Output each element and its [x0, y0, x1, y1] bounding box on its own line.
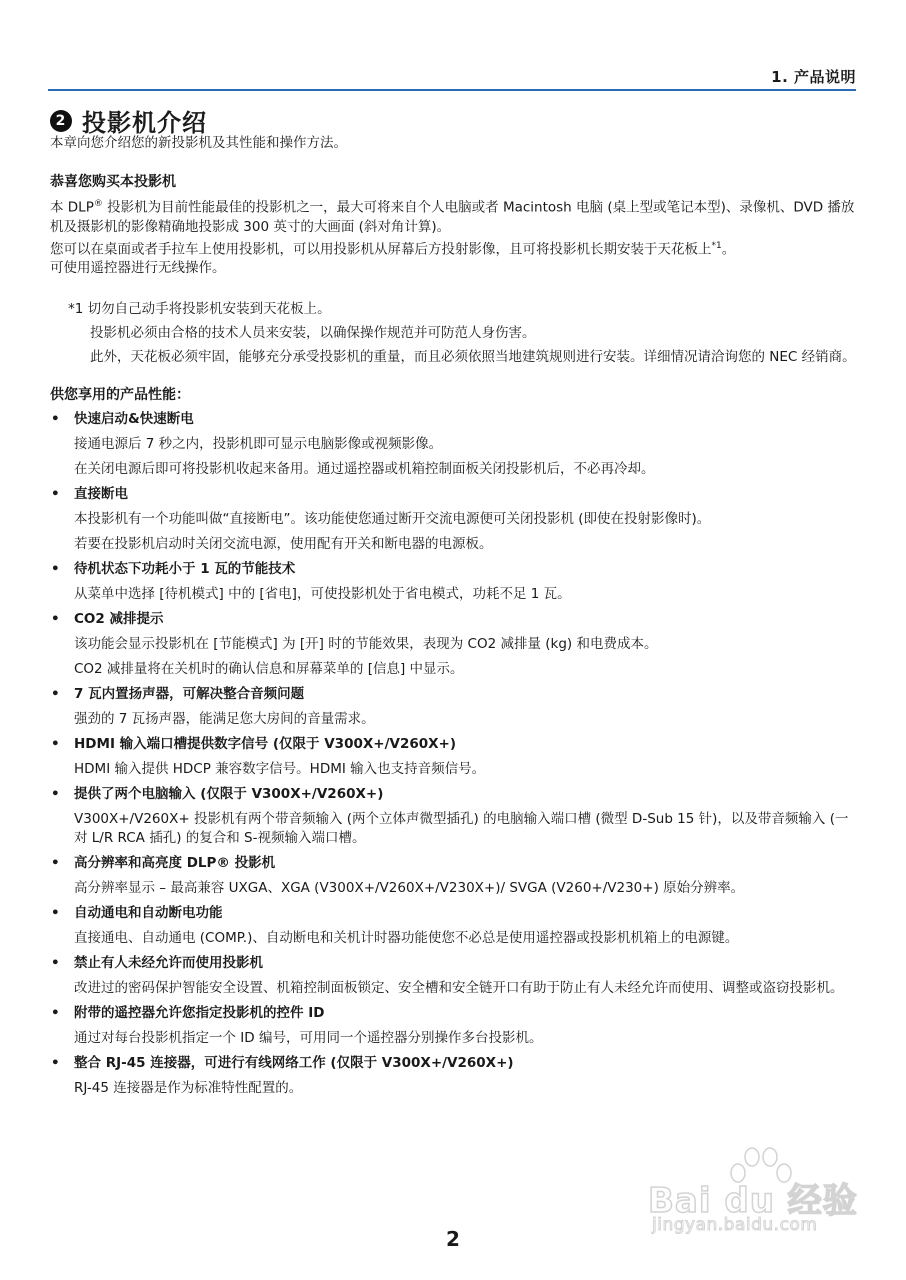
feature-item: • 直接断电 本投影机有一个功能叫做“直接断电”。该功能使您通过断开交流电源便可… — [50, 485, 860, 554]
page-title-text: 投影机介绍 — [82, 103, 207, 138]
feature-desc: 在关闭电源后即可将投影机收起来备用。通过遥控器或机箱控制面板关闭投影机后，不必再… — [74, 460, 860, 479]
bullet-icon: • — [51, 735, 60, 754]
feature-item: • 高分辨率和高亮度 DLP® 投影机 高分辨率显示 – 最高兼容 UXGA、X… — [50, 854, 860, 898]
feature-item: • 禁止有人未经允许而使用投影机 改进过的密码保护智能安全设置、机箱控制面板锁定… — [50, 954, 860, 998]
feature-title: 整合 RJ-45 连接器，可进行有线网络工作 (仅限于 V300X+/V260X… — [74, 1054, 860, 1073]
footnote-line: 投影机必须由合格的技术人员来安装，以确保操作规范并可防范人身伤害。 — [68, 324, 860, 343]
text-run: 本 DLP — [50, 200, 94, 216]
feature-item: • 提供了两个电脑输入 (仅限于 V300X+/V260X+) V300X+/V… — [50, 785, 860, 848]
bullet-icon: • — [51, 485, 60, 504]
feature-title: 7 瓦内置扬声器，可解决整合音频问题 — [74, 685, 860, 704]
congrats-section: 恭喜您购买本投影机 本 DLP® 投影机为目前性能最佳的投影机之一，最大可将来自… — [50, 173, 860, 278]
feature-desc: 该功能会显示投影机在 [节能模式] 为 [开] 时的节能效果，表现为 CO2 减… — [74, 635, 860, 654]
text-run: 。 — [722, 241, 736, 257]
congrats-paragraph-2: 您可以在桌面或者手拉车上使用投影机，可以用投影机从屏幕后方投射影像，且可将投影机… — [50, 237, 860, 260]
features-title: 供您享用的产品性能： — [50, 386, 860, 405]
footnote-line: *1 切勿自己动手将投影机安装到天花板上。 — [68, 300, 860, 319]
footnote: *1 切勿自己动手将投影机安装到天花板上。 投影机必须由合格的技术人员来安装，以… — [68, 300, 860, 367]
bullet-icon: • — [51, 685, 60, 704]
feature-desc: 从菜单中选择 [待机模式] 中的 [省电]，可使投影机处于省电模式，功耗不足 1… — [74, 585, 860, 604]
chapter-header: 1. 产品说明 — [771, 66, 856, 87]
congrats-title: 恭喜您购买本投影机 — [50, 173, 860, 192]
feature-desc: 若要在投影机启动时关闭交流电源，使用配有开关和断电器的电源板。 — [74, 535, 860, 554]
feature-title: 自动通电和自动断电功能 — [74, 904, 860, 923]
bullet-icon: • — [51, 560, 60, 579]
bullet-icon: • — [51, 1004, 60, 1023]
page-number: 2 — [0, 1227, 906, 1251]
feature-desc: V300X+/V260X+ 投影机有两个带音频输入 (两个立体声微型插孔) 的电… — [74, 810, 860, 848]
feature-title: HDMI 输入端口槽提供数字信号 (仅限于 V300X+/V260X+) — [74, 735, 860, 754]
bullet-icon: • — [51, 610, 60, 629]
feature-title: 快速启动&快速断电 — [74, 410, 860, 429]
feature-item: • 整合 RJ-45 连接器，可进行有线网络工作 (仅限于 V300X+/V26… — [50, 1054, 860, 1098]
feature-item: • 自动通电和自动断电功能 直接通电、自动通电 (COMP.)、自动断电和关机计… — [50, 904, 860, 948]
feature-desc: 接通电源后 7 秒之内，投影机即可显示电脑影像或视频影像。 — [74, 435, 860, 454]
feature-title: 直接断电 — [74, 485, 860, 504]
feature-item: • 7 瓦内置扬声器，可解决整合音频问题 强劲的 7 瓦扬声器，能满足您大房间的… — [50, 685, 860, 729]
feature-desc: HDMI 输入提供 HDCP 兼容数字信号。HDMI 输入也支持音频信号。 — [74, 760, 860, 779]
feature-desc: 强劲的 7 瓦扬声器，能满足您大房间的音量需求。 — [74, 710, 860, 729]
feature-desc: 改进过的密码保护智能安全设置、机箱控制面板锁定、安全槽和安全链开口有助于防止有人… — [74, 979, 860, 998]
feature-desc: CO2 减排量将在关机时的确认信息和屏幕菜单的 [信息] 中显示。 — [74, 660, 860, 679]
feature-item: • 附带的遥控器允许您指定投影机的控件 ID 通过对每台投影机指定一个 ID 编… — [50, 1004, 860, 1048]
footnote-ref: *1 — [712, 241, 722, 251]
text-run: 投影机为目前性能最佳的投影机之一，最大可将来自个人电脑或者 Macintosh … — [50, 200, 854, 235]
bullet-icon: • — [51, 854, 60, 873]
page-title: 2 投影机介绍 — [50, 103, 207, 138]
feature-desc: 本投影机有一个功能叫做“直接断电”。该功能使您通过断开交流电源便可关闭投影机 (… — [74, 510, 860, 529]
feature-list: • 快速启动&快速断电 接通电源后 7 秒之内，投影机即可显示电脑影像或视频影像… — [50, 410, 860, 1098]
text-run: 您可以在桌面或者手拉车上使用投影机，可以用投影机从屏幕后方投射影像，且可将投影机… — [50, 241, 712, 257]
header-divider — [48, 89, 856, 91]
congrats-paragraph-1: 本 DLP® 投影机为目前性能最佳的投影机之一，最大可将来自个人电脑或者 Mac… — [50, 195, 860, 237]
registered-mark: ® — [94, 199, 103, 209]
footnote-line: 此外，天花板必须牢固，能够充分承受投影机的重量，而且必须依照当地建筑规则进行安装… — [68, 348, 860, 367]
feature-item: • HDMI 输入端口槽提供数字信号 (仅限于 V300X+/V260X+) H… — [50, 735, 860, 779]
document-body: 本章向您介绍您的新投影机及其性能和操作方法。 恭喜您购买本投影机 本 DLP® … — [50, 134, 860, 1104]
feature-desc: 高分辨率显示 – 最高兼容 UXGA、XGA (V300X+/V260X+/V2… — [74, 879, 860, 898]
feature-title: 高分辨率和高亮度 DLP® 投影机 — [74, 854, 860, 873]
feature-title: 待机状态下功耗小于 1 瓦的节能技术 — [74, 560, 860, 579]
feature-item: • 待机状态下功耗小于 1 瓦的节能技术 从菜单中选择 [待机模式] 中的 [省… — [50, 560, 860, 604]
bullet-icon: • — [51, 1054, 60, 1073]
section-number-icon: 2 — [50, 110, 72, 132]
feature-title: 提供了两个电脑输入 (仅限于 V300X+/V260X+) — [74, 785, 860, 804]
congrats-paragraph-3: 可使用遥控器进行无线操作。 — [50, 259, 860, 278]
feature-title: 禁止有人未经允许而使用投影机 — [74, 954, 860, 973]
feature-item: • CO2 减排提示 该功能会显示投影机在 [节能模式] 为 [开] 时的节能效… — [50, 610, 860, 679]
feature-item: • 快速启动&快速断电 接通电源后 7 秒之内，投影机即可显示电脑影像或视频影像… — [50, 410, 860, 479]
feature-desc: 直接通电、自动通电 (COMP.)、自动断电和关机计时器功能使您不必总是使用遥控… — [74, 929, 860, 948]
feature-desc: RJ-45 连接器是作为标准特性配置的。 — [74, 1079, 860, 1098]
bullet-icon: • — [51, 904, 60, 923]
bullet-icon: • — [51, 954, 60, 973]
bullet-icon: • — [51, 410, 60, 429]
bullet-icon: • — [51, 785, 60, 804]
feature-desc: 通过对每台投影机指定一个 ID 编号，可用同一个遥控器分别操作多台投影机。 — [74, 1029, 860, 1048]
feature-title: 附带的遥控器允许您指定投影机的控件 ID — [74, 1004, 860, 1023]
feature-title: CO2 减排提示 — [74, 610, 860, 629]
intro-text: 本章向您介绍您的新投影机及其性能和操作方法。 — [50, 134, 860, 153]
